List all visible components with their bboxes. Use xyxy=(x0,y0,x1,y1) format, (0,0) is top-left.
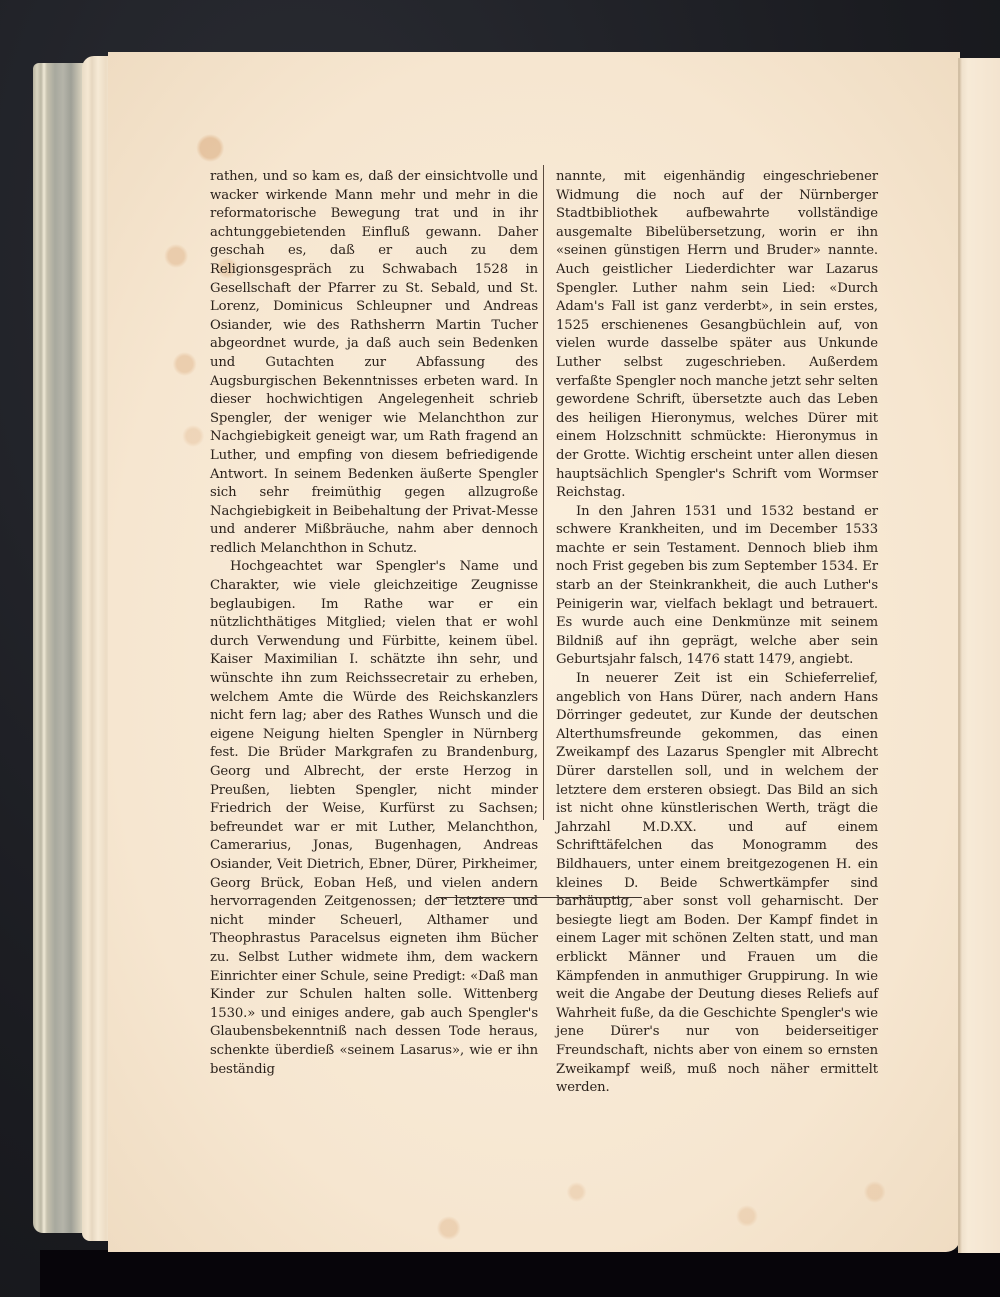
paragraph: nannte, mit eigenhändig eingeschriebener… xyxy=(556,168,878,503)
section-end-rule xyxy=(436,897,642,898)
paragraph: rathen, und so kam es, daß der einsichtv… xyxy=(210,168,538,558)
paragraph: In den Jahren 1531 und 1532 bestand er s… xyxy=(556,503,878,670)
facing-page-edge xyxy=(960,58,1000,1253)
paragraph: In neuerer Zeit ist ein Schieferrelief, … xyxy=(556,670,878,1098)
book-bottom-shadow xyxy=(40,1250,1000,1297)
right-text-column: nannte, mit eigenhändig eingeschriebener… xyxy=(556,168,878,1098)
paragraph: Hochgeachtet war Spengler's Name und Cha… xyxy=(210,558,538,1079)
page-gutter xyxy=(958,58,960,1253)
column-divider xyxy=(543,165,544,820)
left-text-column: rathen, und so kam es, daß der einsichtv… xyxy=(210,168,538,1079)
